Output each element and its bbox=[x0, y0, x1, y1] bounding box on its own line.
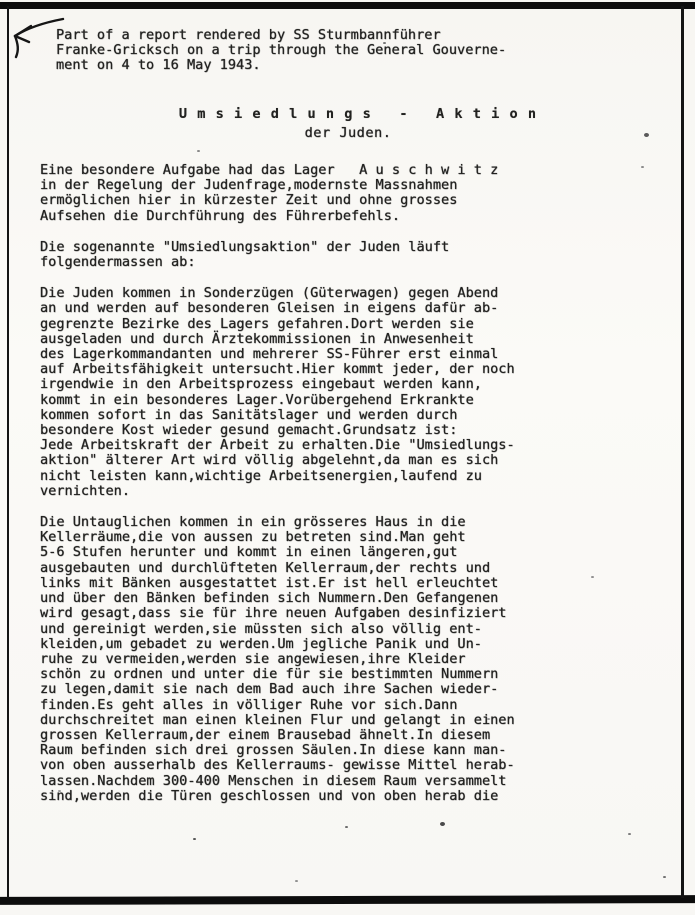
paragraph-cellar-description: Die Untauglichen kommen in ein grösseres… bbox=[40, 515, 656, 804]
text-line: 5-6 Stufen herunter und kommt in einen l… bbox=[40, 545, 656, 560]
title-sub: der Juden. bbox=[40, 126, 656, 141]
document-header: Part of a report rendered by SS Sturmban… bbox=[56, 28, 656, 74]
text-line: grossen Kellerraum,der einem Brausebad ä… bbox=[40, 728, 656, 743]
photocopy-border-right bbox=[681, 6, 684, 898]
text-line: zu legen,damit sie nach dem Bad auch ihr… bbox=[40, 682, 656, 697]
title-main: U m s i e d l u n g s - A k t i o n bbox=[60, 107, 656, 126]
text-line: ausgeladen und durch Ärztekommissionen i… bbox=[40, 332, 656, 347]
paragraph-umsiedlungsaktion-intro: Die sogenannte "Umsiedlungsaktion" der J… bbox=[40, 240, 656, 270]
photocopy-border-bottom bbox=[0, 895, 695, 905]
text-line: ausgebauten und durchlüfteten Kellerraum… bbox=[40, 561, 656, 576]
text-line: ment on 4 to 16 May 1943. bbox=[56, 58, 656, 73]
text-line: Franke-Gricksch on a trip through the Ge… bbox=[56, 43, 656, 58]
paragraph-auschwitz-task: Eine besondere Aufgabe had das Lager A u… bbox=[40, 163, 656, 224]
text-line: Aufsehen die Durchführung des Führerbefe… bbox=[40, 209, 656, 224]
text-line: Eine besondere Aufgabe had das Lager A u… bbox=[40, 163, 656, 178]
text-line: finden.Es geht alles in völliger Ruhe vo… bbox=[40, 698, 656, 713]
text-line: lassen.Nachdem 300-400 Menschen in diese… bbox=[40, 774, 656, 789]
text-line: und gereinigt werden,sie müssten sich al… bbox=[40, 622, 656, 637]
text-line: besondere Kost wieder gesund gemacht.Gru… bbox=[40, 423, 656, 438]
paragraph-arrival-selection: Die Juden kommen in Sonderzügen (Güterwa… bbox=[40, 286, 656, 499]
text-line: aktion" älterer Art wird völlig abgelehn… bbox=[40, 453, 656, 468]
text-line: ermöglichen hier in kürzester Zeit und o… bbox=[40, 193, 656, 208]
text-line: Die Untauglichen kommen in ein grösseres… bbox=[40, 515, 656, 530]
text-line: des Lagerkommandanten und mehrerer SS-Fü… bbox=[40, 347, 656, 362]
text-line: sind,werden die Türen geschlossen und vo… bbox=[40, 789, 656, 804]
text-line: von oben ausserhalb des Kellerraums- gew… bbox=[40, 758, 656, 773]
document-content: Part of a report rendered by SS Sturmban… bbox=[40, 28, 656, 820]
text-line: an und werden auf besonderen Gleisen in … bbox=[40, 301, 656, 316]
document-title: U m s i e d l u n g s - A k t i o n der … bbox=[40, 107, 656, 141]
photocopy-border-left bbox=[7, 6, 9, 898]
photocopy-border-top bbox=[0, 2, 695, 9]
text-line: vernichten. bbox=[40, 484, 656, 499]
text-line: ruhe zu vermeiden,werden sie angewiesen,… bbox=[40, 652, 656, 667]
text-line: Part of a report rendered by SS Sturmban… bbox=[56, 28, 656, 43]
text-line: kommt in ein besonderes Lager.Vorübergeh… bbox=[40, 393, 656, 408]
text-line: nicht leisten kann,wichtige Arbeitsenerg… bbox=[40, 469, 656, 484]
text-line: irgendwie in den Arbeitsprozess eingebau… bbox=[40, 377, 656, 392]
text-line: wird gesagt,dass sie für ihre neuen Aufg… bbox=[40, 606, 656, 621]
text-line: kommen sofort in das Sanitätslager und w… bbox=[40, 408, 656, 423]
text-line: folgendermassen ab: bbox=[40, 255, 656, 270]
text-line: Die sogenannte "Umsiedlungsaktion" der J… bbox=[40, 240, 656, 255]
text-line: links mit Bänken ausgestattet ist.Er ist… bbox=[40, 576, 656, 591]
text-line: kleiden,um gebadet zu werden.Um jegliche… bbox=[40, 637, 656, 652]
text-line: durchschreitet man einen kleinen Flur un… bbox=[40, 713, 656, 728]
text-line: gegrenzte Bezirke des Lagers gefahren.Do… bbox=[40, 317, 656, 332]
scanned-document-page: Part of a report rendered by SS Sturmban… bbox=[0, 0, 695, 915]
